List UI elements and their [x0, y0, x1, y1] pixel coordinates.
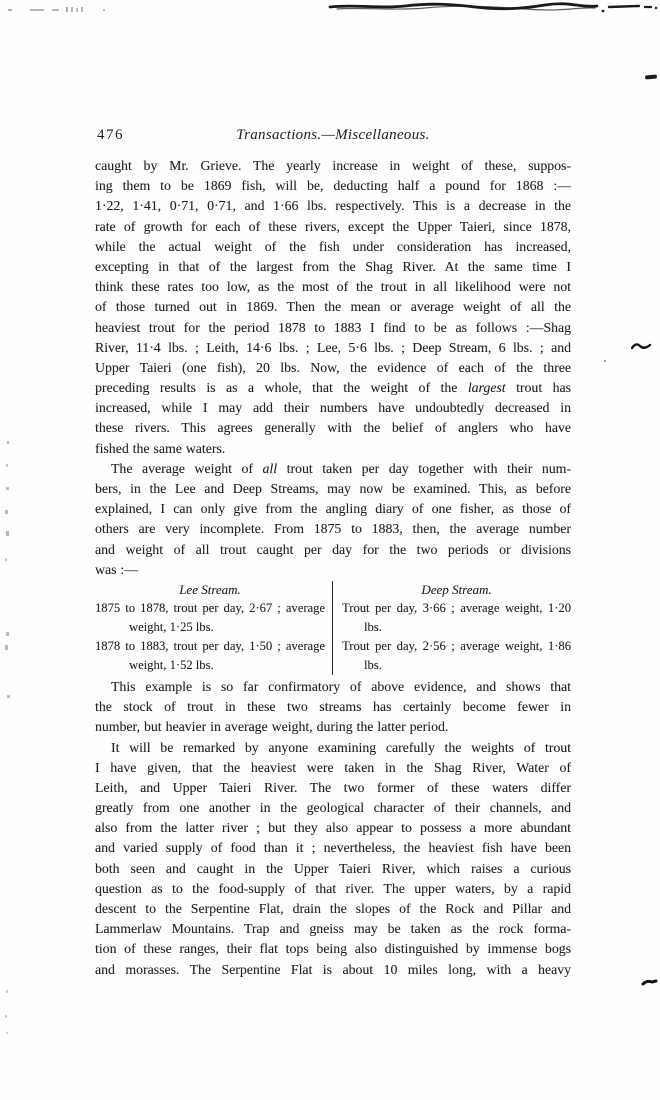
text-line: tion of these ranges, their flat tops be… [95, 939, 571, 959]
scanned-page: 476 Transactions.—Miscellaneous. caught … [0, 0, 660, 1100]
scan-speck [66, 7, 68, 12]
text-line: of those turned out in 1869. Then the me… [95, 297, 571, 317]
text-line: others are very incomplete. From 1875 to… [95, 519, 571, 539]
scan-speck [81, 7, 83, 12]
scan-speck [8, 9, 12, 11]
scan-speck [7, 441, 9, 444]
text-line: 1·22, 1·41, 0·71, 0·71, and 1·66 lbs. re… [95, 196, 571, 216]
text-line: both seen and caught in the Upper Taieri… [95, 859, 571, 879]
text-line: number, but heavier in average weight, d… [95, 717, 571, 737]
text-segment-italic: largest [468, 380, 506, 395]
text-line: greatly from one another in the geologic… [95, 798, 571, 818]
table-column-lee-stream: Lee Stream. 1875 to 1878, trout per day,… [95, 581, 332, 675]
text-line: The average weight of all trout taken pe… [95, 459, 571, 479]
text-line: increased, while I may add their numbers… [95, 398, 571, 418]
scan-speck [5, 645, 8, 650]
stream-comparison-table: Lee Stream. 1875 to 1878, trout per day,… [95, 581, 571, 675]
scan-mark-right [645, 74, 657, 79]
table-header-deep-stream: Deep Stream. [342, 581, 571, 599]
text-line: think these rates too low, as the most o… [95, 277, 571, 297]
text-line: caught by Mr. Grieve. The yearly increas… [95, 156, 571, 176]
text-segment: preceding results is as a whole, that th… [95, 380, 468, 395]
text-line: Leith, and Upper Taieri River. The two f… [95, 778, 571, 798]
scan-speck [103, 9, 105, 11]
table-cell-continuation: weight, 1·25 lbs. [95, 618, 325, 637]
scan-speck [6, 990, 8, 993]
page-number: 476 [97, 126, 124, 144]
text-line: bers, in the Lee and Deep Streams, may n… [95, 479, 571, 499]
text-segment: The average weight of [111, 461, 263, 476]
paragraph-1: caught by Mr. Grieve. The yearly increas… [95, 156, 571, 459]
running-header: 476 Transactions.—Miscellaneous. [95, 126, 571, 144]
scan-speck [5, 558, 7, 561]
text-line: rate of growth for each of these rivers,… [95, 217, 571, 237]
table-header-lee-stream: Lee Stream. [95, 581, 325, 599]
scan-speck [6, 632, 9, 636]
text-line: Lammerlaw Mountains. Trap and gneiss may… [95, 919, 571, 939]
table-cell-continuation: lbs. [342, 656, 571, 675]
table-cell: Trout per day, 2·56 ; average weight, 1·… [342, 637, 571, 656]
text-line: explained, I can only give from the angl… [95, 499, 571, 519]
scan-speck [52, 9, 59, 11]
text-line: heaviest trout for the period 1878 to 18… [95, 318, 571, 338]
text-line: while the actual weight of the fish unde… [95, 237, 571, 257]
text-line: and morasses. The Serpentine Flat is abo… [95, 960, 571, 980]
text-line: question as to the food-supply of that r… [95, 879, 571, 899]
table-cell: Trout per day, 3·66 ; average weight, 1·… [342, 599, 571, 618]
text-line: River, 11·4 lbs. ; Leith, 14·6 lbs. ; Le… [95, 338, 571, 358]
text-line: ing them to be 1869 fish, will be, deduc… [95, 176, 571, 196]
table-cell: 1875 to 1878, trout per day, 2·67 ; aver… [95, 599, 325, 618]
text-line: I have given, that the heaviest were tak… [95, 758, 571, 778]
text-line: It will be remarked by anyone examining … [95, 738, 571, 758]
table-cell-continuation: weight, 1·52 lbs. [95, 656, 325, 675]
text-line: This example is so far confirmatory of a… [95, 677, 571, 697]
text-line: excepting in that of the largest from th… [95, 257, 571, 277]
scan-speck [30, 9, 44, 11]
paragraph-2: The average weight of all trout taken pe… [95, 459, 571, 580]
text-line: and weight of all trout caught per day f… [95, 540, 571, 560]
scan-speck [6, 464, 8, 467]
text-line: preceding results is as a whole, that th… [95, 378, 571, 398]
scan-speck [7, 695, 10, 698]
paragraph-3: This example is so far confirmatory of a… [95, 677, 571, 738]
table-cell-continuation: lbs. [342, 618, 571, 637]
scan-speck [604, 360, 606, 362]
text-segment: trout has [506, 380, 571, 395]
scan-speck [6, 487, 9, 490]
text-line: and varied supply of food than it ; neve… [95, 838, 571, 858]
text-line: descent to the Serpentine Flat, drain th… [95, 899, 571, 919]
table-column-deep-stream: Deep Stream. Trout per day, 3·66 ; avera… [332, 581, 571, 675]
scan-squiggle-right [631, 340, 655, 352]
text-line: fished the same waters. [95, 439, 571, 459]
scan-speck [5, 1015, 7, 1018]
paragraph-4: It will be remarked by anyone examining … [95, 738, 571, 980]
scan-speck [71, 7, 73, 12]
text-segment-italic: all [263, 461, 278, 476]
text-line: also from the latter river ; but they al… [95, 818, 571, 838]
running-header-title: Transactions.—Miscellaneous. [95, 126, 571, 144]
scan-mark-bottom [641, 978, 659, 988]
scan-smudge-top [325, 0, 660, 16]
scan-speck [5, 510, 8, 514]
text-segment: trout taken per day together with their … [277, 461, 571, 476]
text-line: Upper Taieri (one fish), 20 lbs. Now, th… [95, 358, 571, 378]
scan-speck [6, 531, 9, 536]
text-line: these rivers. This agrees generally with… [95, 418, 571, 438]
scan-speck [76, 8, 78, 12]
text-block: caught by Mr. Grieve. The yearly increas… [95, 156, 571, 980]
text-line: the stock of trout in these two streams … [95, 697, 571, 717]
table-cell: 1878 to 1883, trout per day, 1·50 ; aver… [95, 637, 325, 656]
scan-speck [6, 1032, 8, 1034]
text-line: was :— [95, 560, 571, 580]
